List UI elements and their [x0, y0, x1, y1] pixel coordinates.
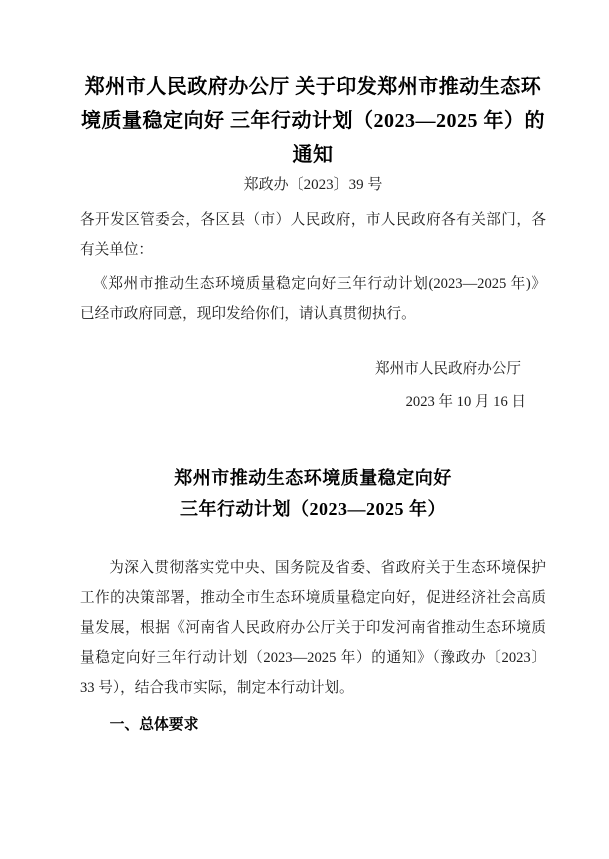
- plan-title: 郑州市推动生态环境质量稳定向好 三年行动计划（2023—2025 年）: [80, 463, 546, 525]
- signature-date: 2023 年 10 月 16 日: [80, 388, 546, 417]
- doc-number: 郑政办〔2023〕39 号: [80, 174, 546, 196]
- notice-title-line: 境质量稳定向好 三年行动计划（2023—2025 年）的: [80, 104, 546, 138]
- signature-block: 郑州市人民政府办公厅 2023 年 10 月 16 日: [80, 355, 546, 417]
- recipients-line: 各开发区管委会，各区县（市）人民政府，市人民政府各有关部门，各: [80, 206, 546, 236]
- plan-intro-line: 量稳定向好三年行动计划（2023—2025 年）的通知》（豫政办〔2023〕: [80, 643, 546, 673]
- notice-title-line: 郑州市人民政府办公厅 关于印发郑州市推动生态环: [80, 70, 546, 104]
- plan-intro-line: 量发展，根据《河南省人民政府办公厅关于印发河南省推动生态环境质: [80, 613, 546, 643]
- plan-intro-line: 33 号），结合我市实际，制定本行动计划。: [80, 673, 546, 703]
- notice-title: 郑州市人民政府办公厅 关于印发郑州市推动生态环 境质量稳定向好 三年行动计划（2…: [80, 70, 546, 172]
- section-heading: 一、总体要求: [80, 713, 546, 737]
- plan-intro-line: 工作的决策部署，推动全市生态环境质量稳定向好，促进经济社会高质: [80, 583, 546, 613]
- plan-intro-line: 为深入贯彻落实党中央、国务院及省委、省政府关于生态环境保护: [80, 553, 546, 583]
- recipients-paragraph: 各开发区管委会，各区县（市）人民政府，市人民政府各有关部门，各 有关单位：: [80, 206, 546, 265]
- notice-body-line: 已经市政府同意，现印发给你们，请认真贯彻执行。: [80, 300, 546, 330]
- notice-title-line: 通知: [80, 138, 546, 172]
- signature: 郑州市人民政府办公厅: [80, 355, 546, 384]
- notice-body-paragraph: 《郑州市推动生态环境质量稳定向好三年行动计划(2023—2025 年)》 已经市…: [80, 270, 546, 329]
- plan-intro-paragraph: 为深入贯彻落实党中央、国务院及省委、省政府关于生态环境保护 工作的决策部署，推动…: [80, 553, 546, 703]
- document-content: 郑州市人民政府办公厅 关于印发郑州市推动生态环 境质量稳定向好 三年行动计划（2…: [80, 70, 546, 737]
- plan-title-line: 郑州市推动生态环境质量稳定向好: [80, 463, 546, 494]
- recipients-line: 有关单位：: [80, 236, 546, 266]
- plan-title-line: 三年行动计划（2023—2025 年）: [80, 494, 546, 525]
- notice-body-line: 《郑州市推动生态环境质量稳定向好三年行动计划(2023—2025 年)》: [80, 270, 546, 300]
- document-page: 郑州市人民政府办公厅 关于印发郑州市推动生态环 境质量稳定向好 三年行动计划（2…: [0, 0, 609, 859]
